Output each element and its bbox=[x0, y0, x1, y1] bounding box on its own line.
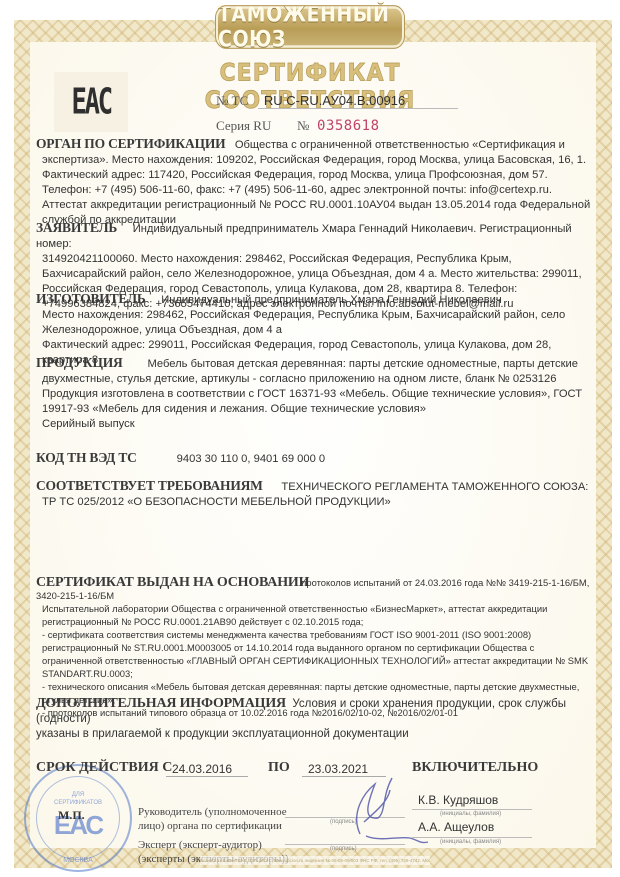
additional-info-details: указаны в прилагаемой к продукции эксплу… bbox=[36, 727, 592, 742]
section-certification-body: ОРГАН ПО СЕРТИФИКАЦИИ Общества с огранич… bbox=[36, 136, 592, 228]
series-label: Серия RU bbox=[216, 118, 271, 133]
customs-union-banner: ТАМОЖЕННЫЙ СОЮЗ bbox=[216, 6, 404, 47]
tn-ved-codes: 9403 30 110 0, 9401 69 000 0 bbox=[177, 453, 325, 465]
stamp-text-mid: СЕРТИФИКАТОВ bbox=[26, 800, 130, 806]
expert-signatory-name: А.А. Ащеулов bbox=[418, 820, 494, 834]
validity-period: СРОК ДЕЙСТВИЯ С 24.03.2016 ПО 23.03.2021… bbox=[36, 760, 592, 782]
product-details: двухместные, стулья детские, артикулы - … bbox=[36, 372, 592, 387]
head-name-line bbox=[412, 809, 532, 810]
product-text: Мебель бытовая детская деревянная: парты… bbox=[147, 358, 577, 370]
stamp-text-top: ДЛЯ bbox=[26, 792, 130, 798]
expert-label-line1: Эксперт (эксперт-аудитор) bbox=[138, 838, 289, 852]
head-name-caption: (инициалы, фамилия) bbox=[440, 811, 501, 817]
section-heading: СЕРТИФИКАТ ВЫДАН НА ОСНОВАНИИ bbox=[36, 575, 309, 590]
section-heading: КОД ТН ВЭД ТС bbox=[36, 450, 137, 465]
section-heading: ИЗГОТОВИТЕЛЬ bbox=[36, 291, 146, 306]
section-compliance: СООТВЕТСТВУЕТ ТРЕБОВАНИЯМ ТЕХНИЧЕСКОГО Р… bbox=[36, 478, 592, 510]
expert-name-caption: (инициалы, фамилия) bbox=[440, 839, 501, 845]
applicant-text: Индивидуальный предприниматель Хмара Ген… bbox=[36, 223, 572, 250]
validity-inclusive-label: ВКЛЮЧИТЕЛЬНО bbox=[412, 760, 538, 776]
head-signatory-name: К.В. Кудряшов bbox=[418, 793, 498, 807]
basis-item: - сертификата соответствия системы менед… bbox=[36, 628, 592, 680]
product-standards: Продукция изготовлена в соответствии с Г… bbox=[36, 387, 592, 417]
stamp-place-label: М.П. bbox=[58, 808, 85, 823]
section-heading: ДОПОЛНИТЕЛЬНАЯ ИНФОРМАЦИЯ bbox=[36, 696, 286, 711]
validity-date-from: 24.03.2016 bbox=[166, 762, 248, 777]
manufacturer-location: Место нахождения: 298462, Российская Фед… bbox=[36, 308, 592, 338]
manufacturer-text: Индивидуальный предприниматель Хмара Ген… bbox=[161, 294, 502, 306]
eac-logo: ЕАС bbox=[54, 72, 128, 132]
section-heading: ОРГАН ПО СЕРТИФИКАЦИИ bbox=[36, 136, 225, 151]
section-product: ПРОДУКЦИЯ Мебель бытовая детская деревян… bbox=[36, 355, 592, 432]
series-line: Серия RU № 0358618 bbox=[216, 118, 380, 134]
section-tn-ved: КОД ТН ВЭД ТС9403 30 110 0, 9401 69 000 … bbox=[36, 450, 592, 467]
compliance-text: ТЕХНИЧЕСКОГО РЕГЛАМЕНТА ТАМОЖЕННОГО СОЮЗ… bbox=[281, 481, 588, 493]
blank-number: 0358618 bbox=[317, 118, 380, 134]
section-heading: ЗАЯВИТЕЛЬ bbox=[36, 220, 117, 235]
basis-item: Испытательной лаборатории Общества с огр… bbox=[36, 602, 592, 628]
validity-to-label: ПО bbox=[268, 760, 290, 776]
validity-from-label: СРОК ДЕЙСТВИЯ С bbox=[36, 760, 172, 776]
compliance-regulation: ТР ТС 025/2012 «О БЕЗОПАСНОСТИ МЕБЕЛЬНОЙ… bbox=[36, 495, 592, 510]
head-label-line1: Руководитель (уполномоченное bbox=[138, 805, 287, 819]
eac-mark-icon: ЕАС bbox=[71, 81, 110, 123]
tc-label: № ТС bbox=[216, 93, 248, 108]
section-heading: ПРОДУКЦИЯ bbox=[36, 355, 123, 370]
section-additional-info: ДОПОЛНИТЕЛЬНАЯ ИНФОРМАЦИЯ Условия и срок… bbox=[36, 696, 592, 742]
blank-number-label: № bbox=[297, 118, 309, 133]
tc-number-line: № ТС RU C-RU.АУ04.В.00916 bbox=[216, 93, 458, 109]
expert-name-line bbox=[412, 837, 532, 838]
head-label-line2: лицо) органа по сертификации bbox=[138, 819, 287, 833]
stamp-city: МОСКВА bbox=[26, 857, 130, 864]
certification-body-text: Общества с ограниченной ответственностью… bbox=[235, 139, 565, 151]
tc-number: RU C-RU.АУ04.В.00916 bbox=[258, 93, 458, 109]
certification-body-details: экспертиза». Место нахождения: 109202, Р… bbox=[36, 153, 592, 228]
handwritten-signature-icon bbox=[320, 772, 430, 852]
printer-footer-note: Бланк изготовлен ЗАО "ОПЦИОН", www.opcio… bbox=[200, 856, 430, 865]
section-heading: СООТВЕТСТВУЕТ ТРЕБОВАНИЯМ bbox=[36, 478, 263, 493]
product-production-type: Серийный выпуск bbox=[36, 417, 592, 432]
head-signatory-label: Руководитель (уполномоченное лицо) орган… bbox=[138, 805, 287, 833]
